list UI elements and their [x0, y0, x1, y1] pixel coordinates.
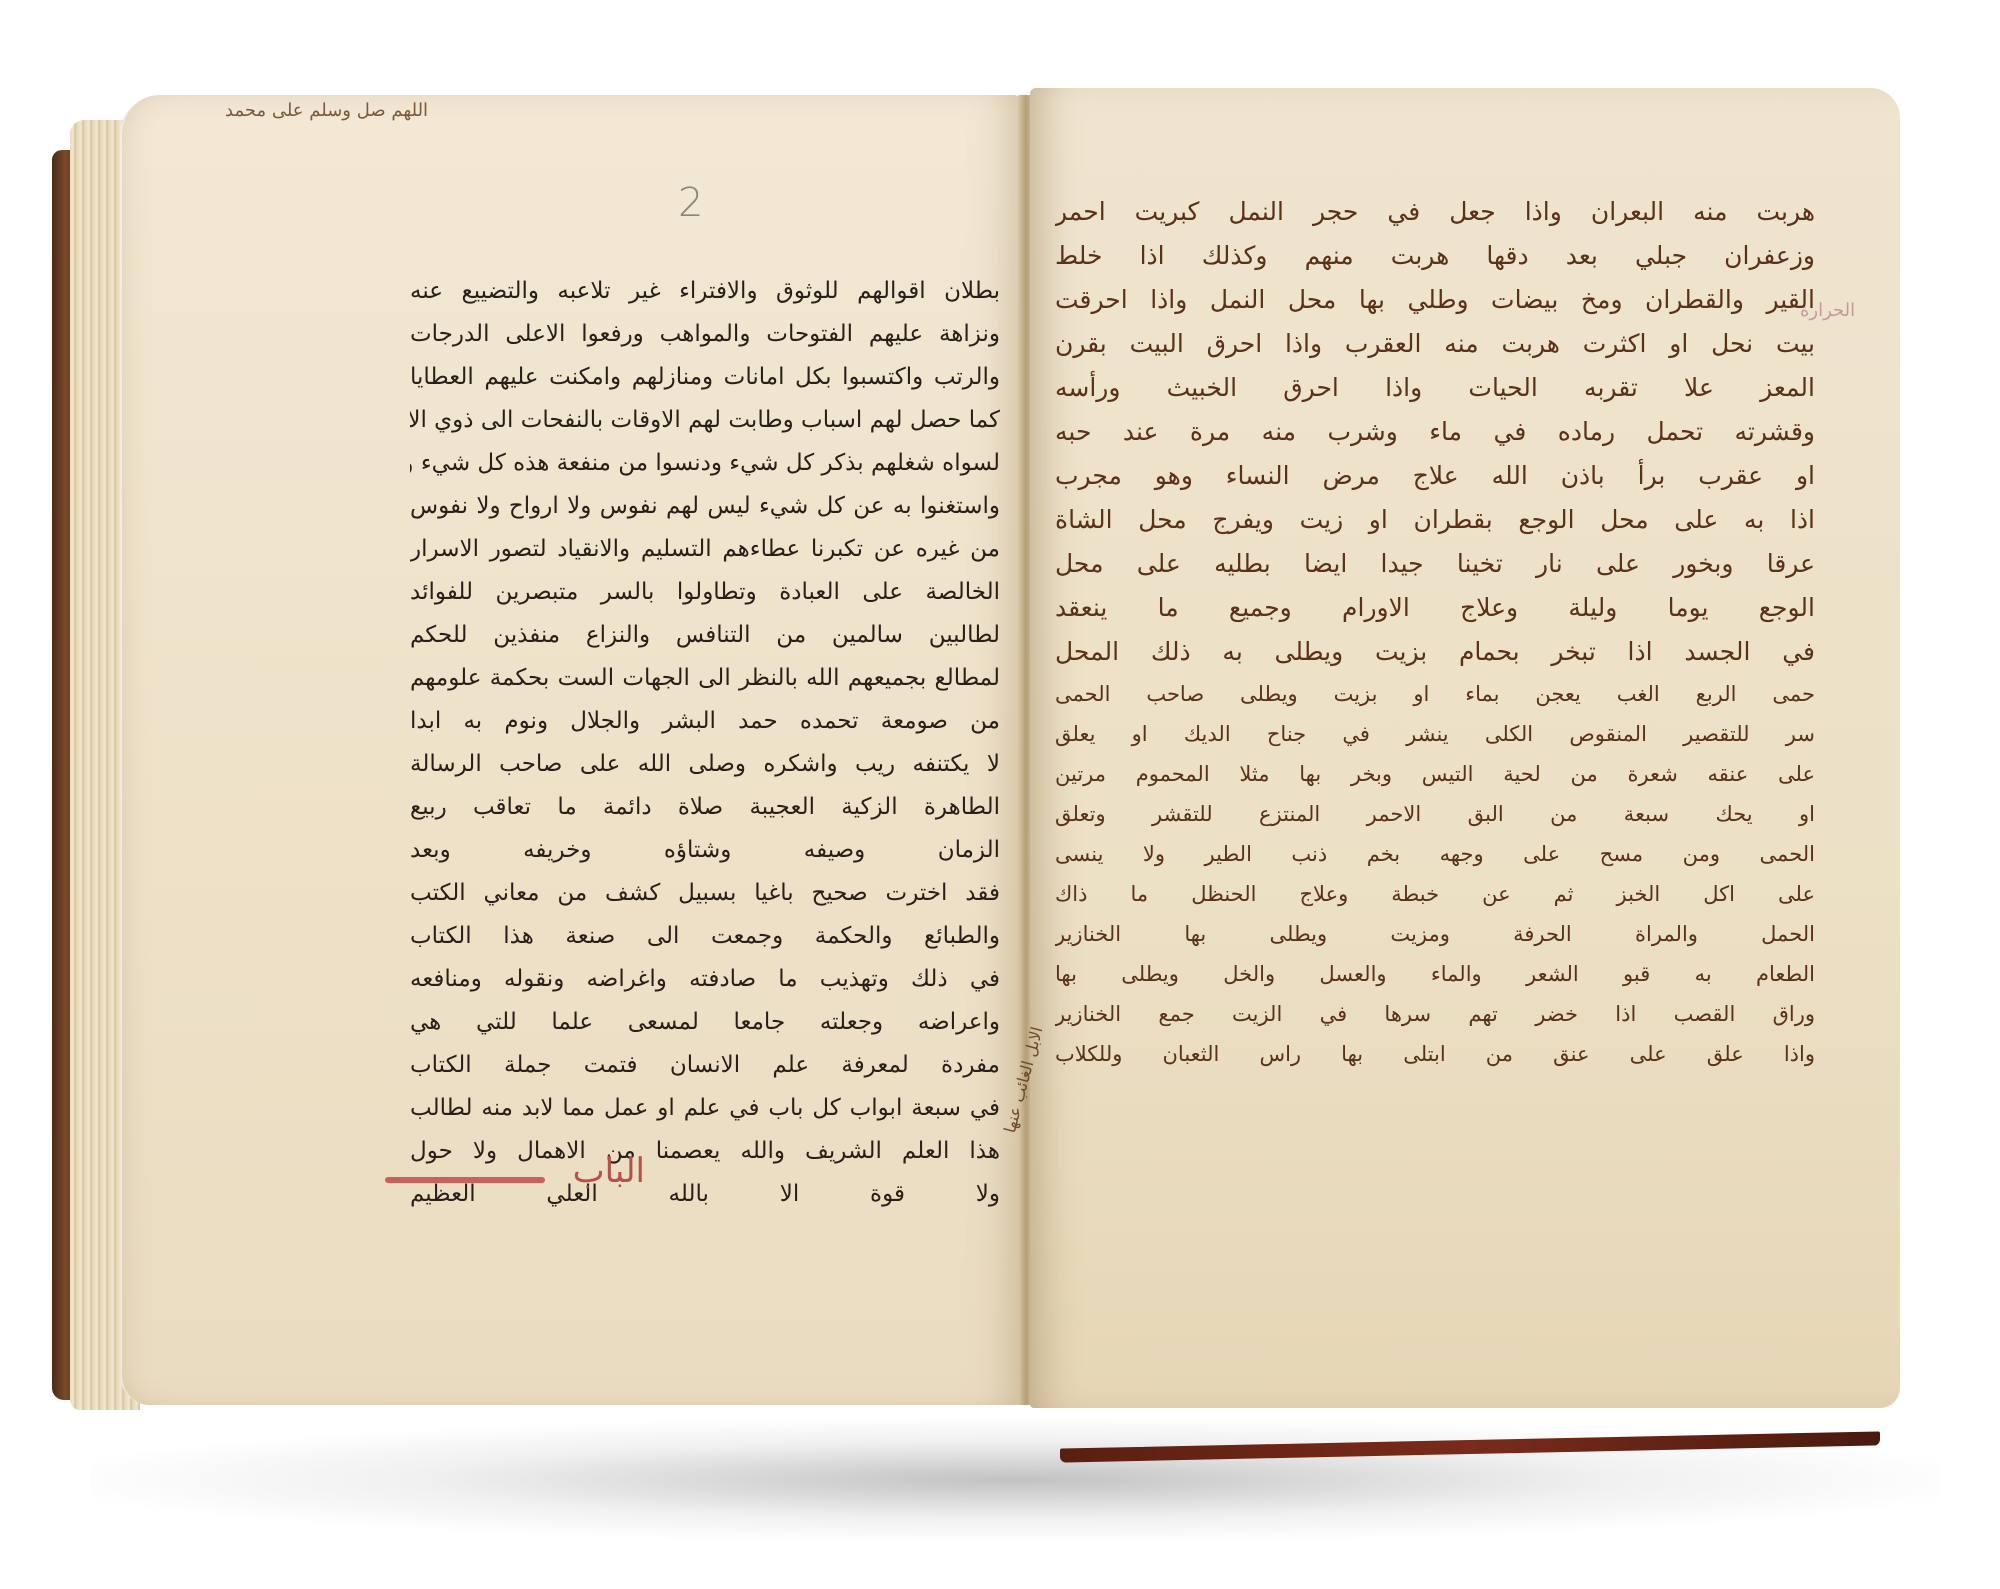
- text-line: القير والقطران ومخ بيضات وطلي بها محل ال…: [1055, 278, 1815, 322]
- text-line: واذا علق على عنق من ابتلى بها راس الثعبا…: [1055, 1034, 1815, 1074]
- left-page-text: بطلان اقوالهم للوثوق والافتراء غير تلاعب…: [410, 270, 1000, 1216]
- left-leaf-fold: [120, 95, 162, 1405]
- text-line: مفردة لمعرفة علم الانسان فتمت جملة الكتا…: [410, 1044, 1000, 1087]
- text-line: وقشرته تحمل رماده في ماء وشرب منه مرة عن…: [1055, 410, 1815, 454]
- text-line: عرقا وبخور على نار تخينا جيدا ايضا بطليه…: [1055, 542, 1815, 586]
- text-line: الحمى ومن مسح على وجهه بخم ذنب الطير ولا…: [1055, 834, 1815, 874]
- text-line: والطبائع والحكمة وجمعت الى صنعة هذا الكت…: [410, 915, 1000, 958]
- text-line: من صومعة تحمده حمد البشر والجلال ونوم به…: [410, 700, 1000, 743]
- folio-number: 2: [678, 180, 703, 226]
- text-line: او يحك سبعة من البق الاحمر المنتزع للتقش…: [1055, 794, 1815, 834]
- text-line: الطعام به قبو الشعر والماء والعسل والخل …: [1055, 954, 1815, 994]
- text-line: الخالصة على العبادة وتطاولوا بالسر متبصر…: [410, 571, 1000, 614]
- text-line: وزعفران جبلي بعد دقها هربت منهم وكذلك اذ…: [1055, 234, 1815, 278]
- top-margin-note: اللهم صل وسلم على محمد: [225, 100, 428, 121]
- text-line: في الجسد اذا تبخر بحمام بزيت ويطلى به ذل…: [1055, 630, 1815, 674]
- text-line: كما حصل لهم اسباب وطابت لهم الاوقات بالن…: [410, 399, 1000, 442]
- text-line: في سبعة ابواب كل باب في علم او عمل مما ل…: [410, 1087, 1000, 1130]
- rubric-bar: [385, 1177, 545, 1183]
- text-line: من غيره عن تكبرنا عطاءهم التسليم والانقي…: [410, 528, 1000, 571]
- text-line: الحمل والمراة الحرفة ومزيت ويطلى بها الخ…: [1055, 914, 1815, 954]
- text-line: في ذلك وتهذيب ما صادفته واغراضه ونقوله و…: [410, 958, 1000, 1001]
- text-line: على عنقه شعرة من لحية التيس وبخر بها مثل…: [1055, 754, 1815, 794]
- text-line: لا يكتنفه ريب واشكره وصلى الله على صاحب …: [410, 743, 1000, 786]
- text-line: لطالبين سالمين من التنافس والنزاع منفذين…: [410, 614, 1000, 657]
- text-line: واستغنوا به عن كل شيء ليس لهم نفوس ولا ا…: [410, 485, 1000, 528]
- text-line: بطلان اقوالهم للوثوق والافتراء غير تلاعب…: [410, 270, 1000, 313]
- text-line: لمطالع بجميعهم الله بالنظر الى الجهات ال…: [410, 657, 1000, 700]
- text-line: حمى الربع الغب يعجن بماء او بزيت ويطلى ص…: [1055, 674, 1815, 714]
- text-line: الزمان وصيفه وشتاؤه وخريفه وبعد: [410, 829, 1000, 872]
- text-line: الطاهرة الزكية العجيبة صلاة دائمة ما تعا…: [410, 786, 1000, 829]
- text-line: وراق القصب اذا خضر تهم سرها في الزيت جمع…: [1055, 994, 1815, 1034]
- chapter-heading-label: الباب: [573, 1151, 645, 1191]
- text-line: الوجع يوما وليلة وعلاج الاورام وجميع ما …: [1055, 586, 1815, 630]
- text-line: فقد اخترت صحيح باغيا بسبيل كشف من معاني …: [410, 872, 1000, 915]
- text-line: والرتب واكتسبوا بكل امانات ومنازلهم وامك…: [410, 356, 1000, 399]
- text-line: بيت نحل او اكثرت هربت منه العقرب واذا اح…: [1055, 322, 1815, 366]
- text-line: او عقرب برأ باذن الله علاج مرض النساء وه…: [1055, 454, 1815, 498]
- text-line: المعز علا تقربه الحيات واذا احرق الخبيث …: [1055, 366, 1815, 410]
- text-line: اذا به على محل الوجع بقطران او زيت ويفرج…: [1055, 498, 1815, 542]
- red-edge-binding-bottom: [1060, 1431, 1880, 1462]
- text-line: سر للتقصير المنقوص الكلى ينشر في جناح ال…: [1055, 714, 1815, 754]
- text-line: لسواه شغلهم بذكر كل شيء ودنسوا من منفعة …: [410, 442, 1000, 485]
- text-line: هربت منه البعران واذا جعل في حجر النمل ك…: [1055, 190, 1815, 234]
- open-manuscript: اللهم صل وسلم على محمد 2 الحرارة الابل ا…: [0, 0, 2000, 1589]
- text-line: ونزاهة عليهم الفتوحات والمواهب ورفعوا ال…: [410, 313, 1000, 356]
- chapter-heading: الباب: [385, 1165, 645, 1191]
- right-page-text: هربت منه البعران واذا جعل في حجر النمل ك…: [1055, 190, 1815, 1074]
- text-line: واعراضه وجعلته جامعا لمسعى علما للتي هي: [410, 1001, 1000, 1044]
- text-line: على اكل الخبز ثم عن خبطة وعلاج الحنظل ما…: [1055, 874, 1815, 914]
